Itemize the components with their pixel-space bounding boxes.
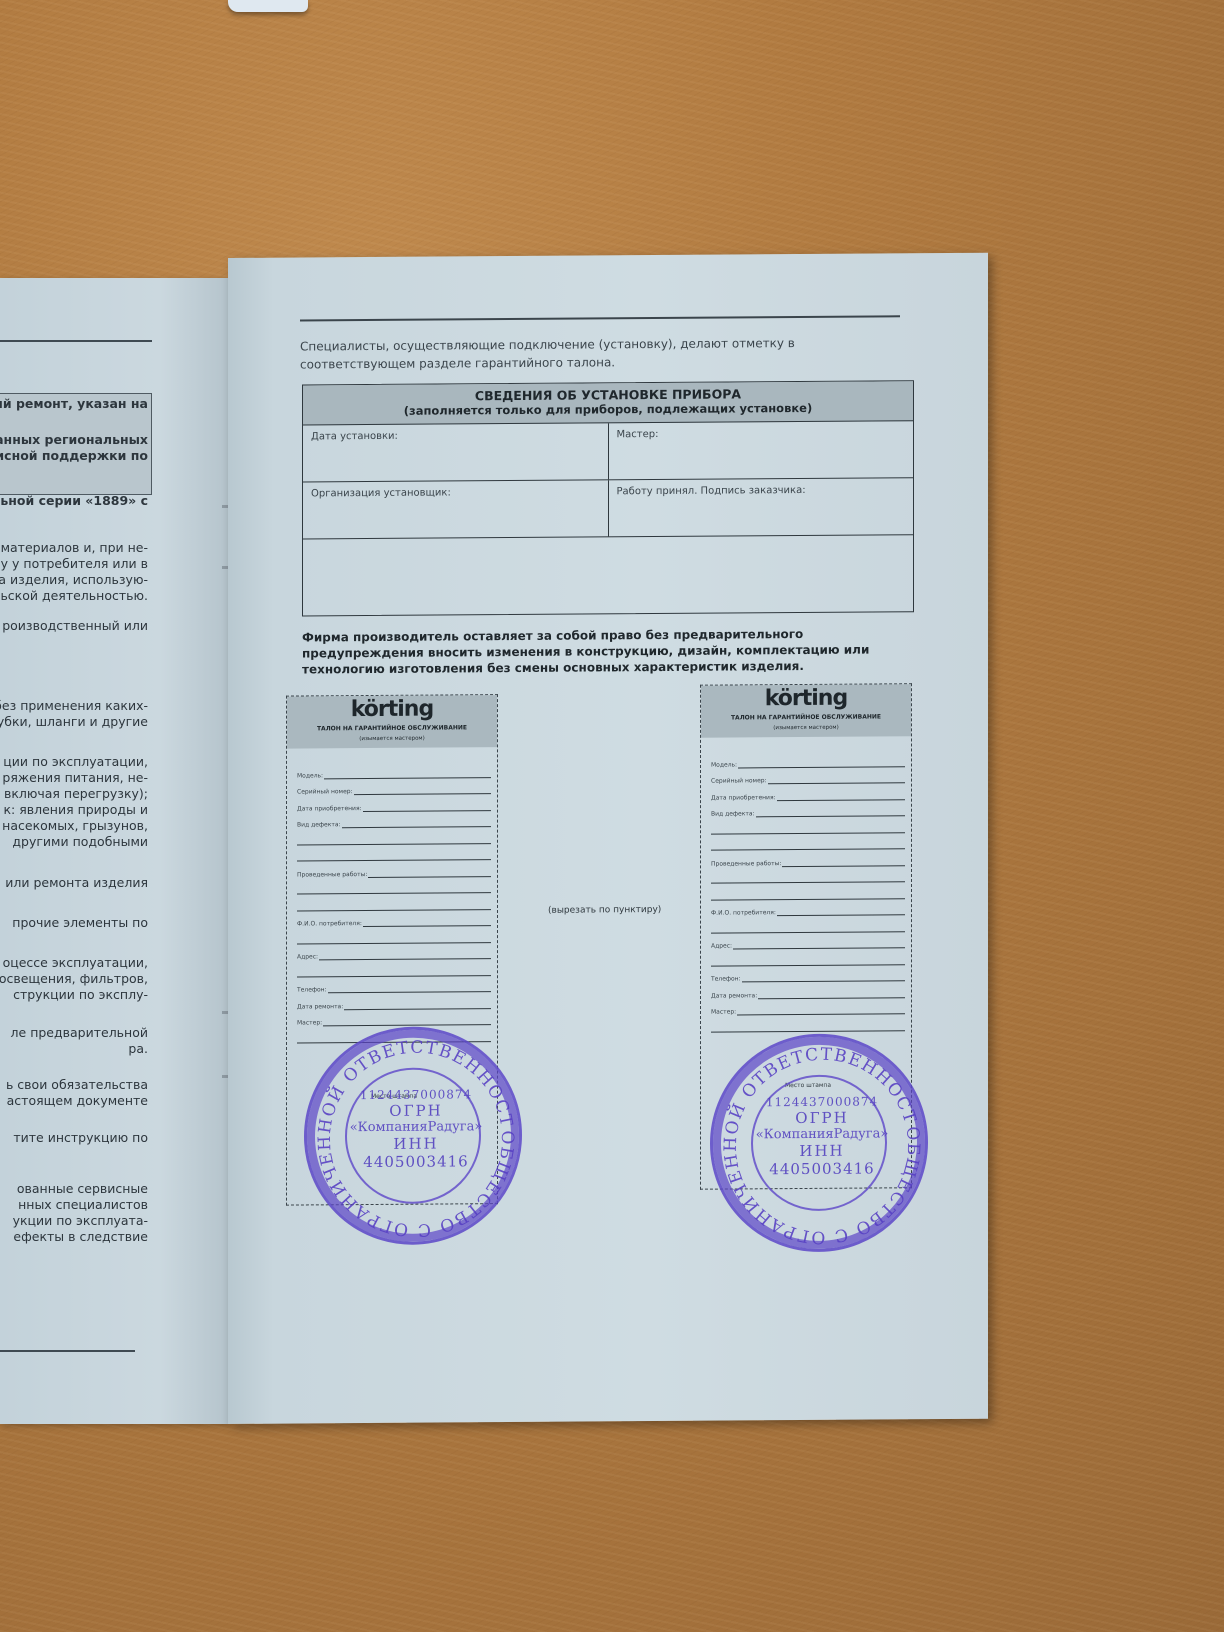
coupon-field-line[interactable] xyxy=(738,759,905,768)
cut-hint: (вырезать по пунктиру) xyxy=(548,905,661,916)
org-name: «КомпанияРадуга» xyxy=(343,1119,489,1135)
ogrn-number: 1124437000874 xyxy=(343,1087,489,1102)
coupon-field[interactable] xyxy=(711,816,905,834)
coupon-field-line[interactable] xyxy=(328,984,491,993)
coupon-field[interactable] xyxy=(711,948,905,966)
paper-scrap xyxy=(228,0,308,12)
coupon-field[interactable]: Модель: xyxy=(711,750,905,768)
coupon-field-line[interactable] xyxy=(297,902,491,911)
coupon-field[interactable]: Адрес: xyxy=(711,932,905,950)
coupon-field-label: Ф.И.О. потребителя: xyxy=(297,920,362,927)
coupon-field-line[interactable] xyxy=(342,819,491,828)
left-text-line: освещения, фильтров, xyxy=(0,971,148,986)
coupon-field[interactable]: Вид дефекта: xyxy=(297,811,491,829)
left-text-line: включая перегрузку); xyxy=(4,786,148,801)
coupon-field-label: Серийный номер: xyxy=(711,777,767,784)
org-name: «КомпанияРадуга» xyxy=(749,1126,895,1142)
company-stamp-1: ОБЩЕСТВО С ОГРАНИЧЕННОЙ ОТВЕТСТВЕННОСТЬЮ… xyxy=(304,1026,522,1246)
left-text-line: или ремонта изделия xyxy=(5,875,148,890)
left-text-line: к: явления природы и xyxy=(3,802,148,817)
left-text-line: ции по эксплуатации, xyxy=(3,754,148,769)
left-text-line: оцессе эксплуатации, xyxy=(3,955,148,970)
top-rule xyxy=(0,340,152,342)
coupon-field-line[interactable] xyxy=(711,924,905,933)
inn-label: ИНН xyxy=(749,1141,895,1160)
coupon-field-label: Вид дефекта: xyxy=(297,821,341,828)
coupon-field-line[interactable] xyxy=(711,841,905,850)
inn-number: 4405003416 xyxy=(749,1159,895,1178)
coupon-field[interactable]: Телефон: xyxy=(711,965,905,983)
coupon-field-label: Адрес: xyxy=(297,953,318,960)
coupon-field[interactable]: Дата ремонта: xyxy=(711,981,905,999)
korting-logo: körting xyxy=(701,684,911,711)
coupon-title: ТАЛОН НА ГАРАНТИЙНОЕ ОБСЛУЖИВАНИЕ xyxy=(287,724,497,732)
coupon-field-line[interactable] xyxy=(711,957,905,966)
coupon-field-label: Мастер: xyxy=(711,1008,736,1015)
coupon-field-line[interactable] xyxy=(711,825,905,834)
coupon-field[interactable] xyxy=(297,959,491,977)
coupon-field[interactable]: Мастер: xyxy=(297,1009,491,1027)
coupon-title: ТАЛОН НА ГАРАНТИЙНОЕ ОБСЛУЖИВАНИЕ xyxy=(701,713,911,721)
left-text-line: ь свои обязательства xyxy=(6,1077,148,1092)
coupon-field-label: Проведенные работы: xyxy=(711,860,781,867)
coupon-field[interactable]: Адрес: xyxy=(297,943,491,961)
left-text-line: прочие элементы по xyxy=(12,915,148,930)
top-rule xyxy=(300,315,900,321)
ogrn-number: 1124437000874 xyxy=(749,1094,895,1109)
coupon-field-label: Мастер: xyxy=(297,1019,322,1026)
coupon-field[interactable] xyxy=(711,833,905,851)
coupon-field[interactable]: Ф.И.О. потребителя: xyxy=(711,899,905,917)
coupon-field[interactable] xyxy=(297,827,491,845)
coupon-field[interactable] xyxy=(297,926,491,944)
coupon-field[interactable]: Серийный номер: xyxy=(297,778,491,796)
coupon-header: körtingТАЛОН НА ГАРАНТИЙНОЕ ОБСЛУЖИВАНИЕ… xyxy=(701,684,911,737)
coupon-field-label: Проведенные работы: xyxy=(297,871,367,878)
left-text-line: убки, шланги и другие xyxy=(0,714,148,729)
coupon-field[interactable]: Проведенные работы: xyxy=(297,860,491,878)
coupon-field[interactable]: Вид дефекта: xyxy=(711,800,905,818)
installation-notes-field[interactable] xyxy=(303,535,913,613)
coupon-field-label: Ф.И.О. потребителя: xyxy=(711,909,776,916)
coupon-field-line[interactable] xyxy=(777,907,905,916)
coupon-field-label: Серийный номер: xyxy=(297,788,353,795)
coupon-field-line[interactable] xyxy=(323,1017,491,1026)
coupon-field[interactable]: Дата ремонта: xyxy=(297,992,491,1010)
manufacturer-notice: Фирма производитель оставляет за собой п… xyxy=(302,625,918,677)
customer-signature-field[interactable]: Работу принял. Подпись заказчика: xyxy=(608,478,914,536)
coupon-field-label: Телефон: xyxy=(711,975,741,982)
left-text-line: материалов и, при не- xyxy=(1,540,148,555)
ogrn-label: ОГРН xyxy=(343,1101,489,1120)
coupon-field[interactable] xyxy=(711,882,905,900)
left-text-line: другими подобными xyxy=(12,834,148,849)
coupon-field[interactable]: Дата приобретения: xyxy=(711,783,905,801)
left-text-line: ра. xyxy=(128,1041,148,1056)
installer-organization-field[interactable]: Организация установщик: xyxy=(303,480,608,538)
coupon-field-line[interactable] xyxy=(297,852,491,861)
left-page: ный ремонт, указан наованных региональны… xyxy=(0,278,228,1424)
coupon-field[interactable]: Проведенные работы: xyxy=(711,849,905,867)
coupon-field-line[interactable] xyxy=(363,918,491,927)
master-field[interactable]: Мастер: xyxy=(608,421,914,479)
coupon-field[interactable]: Телефон: xyxy=(297,976,491,994)
coupon-field-line[interactable] xyxy=(711,874,905,883)
coupon-field[interactable]: Серийный номер: xyxy=(711,767,905,785)
coupon-field-line[interactable] xyxy=(758,990,905,999)
left-text-line: у у потребителя или в xyxy=(1,556,148,571)
ogrn-label: ОГРН xyxy=(749,1108,895,1127)
installation-row: Организация установщик: Работу принял. П… xyxy=(303,478,913,539)
coupon-field-line[interactable] xyxy=(711,1023,905,1032)
coupon-field-line[interactable] xyxy=(297,935,491,944)
coupon-field-line[interactable] xyxy=(354,786,491,795)
installation-table-subtitle: (заполняется только для приборов, подлеж… xyxy=(303,400,913,418)
left-text-line: ованные сервисные xyxy=(17,1181,148,1196)
left-text-line: ьской деятельностью. xyxy=(0,588,148,603)
left-text-line: а изделия, использую- xyxy=(0,572,148,587)
installation-row: Дата установки: Мастер: xyxy=(303,421,913,482)
coupon-field-label: Модель: xyxy=(711,761,737,768)
left-text-line: ефекты в следствие xyxy=(13,1229,148,1244)
coupon-field-line[interactable] xyxy=(368,869,491,878)
coupon-field-label: Дата ремонта: xyxy=(297,1003,343,1010)
coupon-field-label: Дата приобретения: xyxy=(711,794,776,801)
coupon-subtitle: (изымается мастером) xyxy=(287,735,497,742)
coupon-field-label: Адрес: xyxy=(711,942,732,949)
coupon-field-label: Вид дефекта: xyxy=(711,810,755,817)
coupon-field-line[interactable] xyxy=(742,973,905,982)
left-bold-line: альной серии «1889» с xyxy=(0,493,148,508)
stamp-center: 1124437000874ОГРН«КомпанияРадуга»ИНН4405… xyxy=(343,1087,489,1171)
left-text-line: насекомых, грызунов, xyxy=(2,818,148,833)
coupon-field-line[interactable] xyxy=(324,770,491,779)
coupon-field-label: Дата приобретения: xyxy=(297,805,362,812)
coupon-field[interactable] xyxy=(297,877,491,895)
coupon-field-line[interactable] xyxy=(777,792,905,801)
left-text-line: без применения каких- xyxy=(0,698,148,713)
installation-info-table: СВЕДЕНИЯ ОБ УСТАНОВКЕ ПРИБОРА (заполняет… xyxy=(302,380,914,616)
left-text-line: ряжения питания, не- xyxy=(2,770,148,785)
left-box-line: висной поддержки по xyxy=(0,448,148,463)
left-text-line: астоящем документе xyxy=(7,1093,148,1108)
left-box-line: ованных региональных xyxy=(0,432,148,447)
coupon-field[interactable]: Мастер: xyxy=(711,998,905,1016)
left-text-line: ле предварительной xyxy=(11,1025,148,1040)
coupon-field-label: Модель: xyxy=(297,772,323,779)
coupon-field-line[interactable] xyxy=(297,968,491,977)
coupon-subtitle: (изымается мастером) xyxy=(701,724,911,731)
coupon-field-line[interactable] xyxy=(756,808,905,817)
coupon-field[interactable]: Ф.И.О. потребителя: xyxy=(297,910,491,928)
korting-logo: körting xyxy=(287,695,497,722)
coupon-field[interactable] xyxy=(297,844,491,862)
coupon-field[interactable] xyxy=(297,893,491,911)
stamp-center: 1124437000874ОГРН«КомпанияРадуга»ИНН4405… xyxy=(749,1094,895,1178)
coupon-field-line[interactable] xyxy=(737,1006,905,1015)
left-text-line: тите инструкцию по xyxy=(13,1130,148,1145)
inn-label: ИНН xyxy=(343,1134,489,1153)
coupon-field-label: Телефон: xyxy=(297,986,327,993)
coupon-field-line[interactable] xyxy=(297,885,491,894)
coupon-field[interactable] xyxy=(711,866,905,884)
left-box-line: ный ремонт, указан на xyxy=(0,396,148,411)
coupon-field-line[interactable] xyxy=(782,858,905,867)
installation-table-header: СВЕДЕНИЯ ОБ УСТАНОВКЕ ПРИБОРА (заполняет… xyxy=(303,381,913,425)
left-text-line: нных специалистов xyxy=(18,1197,148,1212)
coupon-field[interactable] xyxy=(711,1014,905,1032)
left-text-line: укции по эксплуата- xyxy=(13,1213,148,1228)
coupon-field-line[interactable] xyxy=(297,836,491,845)
coupon-field[interactable] xyxy=(711,915,905,933)
coupon-header: körtingТАЛОН НА ГАРАНТИЙНОЕ ОБСЛУЖИВАНИЕ… xyxy=(287,695,497,748)
bottom-rule xyxy=(0,1350,135,1352)
right-page: Специалисты, осуществляющие подключение … xyxy=(228,253,988,1424)
left-text-line: роизводственный или xyxy=(2,618,148,633)
left-text-line: струкции по эксплу- xyxy=(13,987,148,1002)
coupon-field[interactable]: Модель: xyxy=(297,761,491,779)
coupon-field-line[interactable] xyxy=(733,940,905,949)
coupon-field-line[interactable] xyxy=(768,775,905,784)
company-stamp-2: ОБЩЕСТВО С ОГРАНИЧЕННОЙ ОТВЕТСТВЕННОСТЬЮ… xyxy=(710,1033,928,1253)
coupon-field-line[interactable] xyxy=(363,803,491,812)
coupon-field[interactable]: Дата приобретения: xyxy=(297,794,491,812)
coupon-field-label: Дата ремонта: xyxy=(711,992,757,999)
coupon-field-line[interactable] xyxy=(319,951,491,960)
coupon-field-line[interactable] xyxy=(711,891,905,900)
installation-date-field[interactable]: Дата установки: xyxy=(303,423,608,481)
inn-number: 4405003416 xyxy=(343,1152,489,1171)
intro-text: Специалисты, осуществляющие подключение … xyxy=(300,333,910,373)
coupon-field-line[interactable] xyxy=(344,1001,491,1010)
